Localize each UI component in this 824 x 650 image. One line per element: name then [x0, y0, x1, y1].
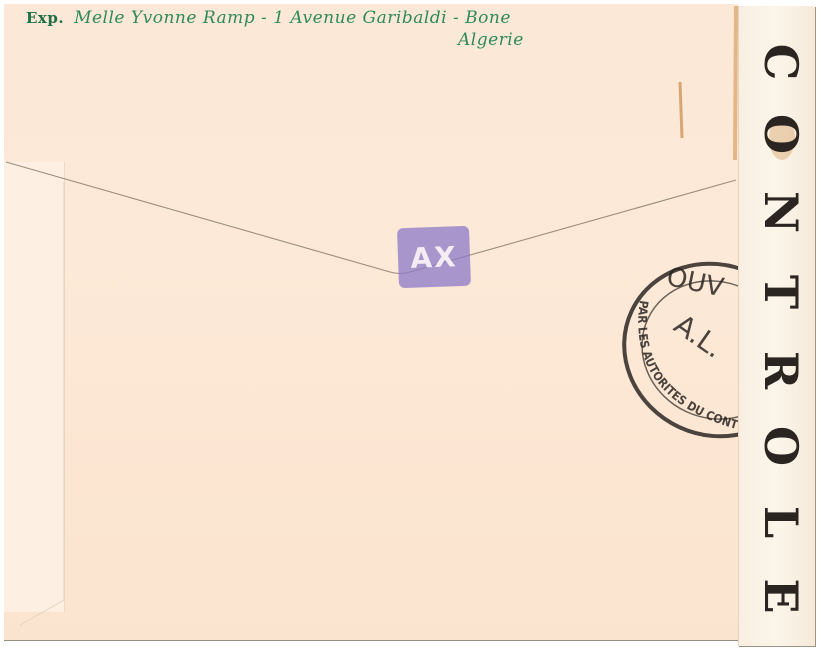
censor-letter: E [753, 568, 809, 624]
svg-text:OUV: OUV [664, 262, 726, 303]
censor-letter: T [753, 264, 809, 320]
censor-letter: O [753, 418, 809, 474]
censor-letter: N [753, 184, 809, 240]
censor-letter: C [753, 34, 809, 90]
censor-letter: O [753, 106, 809, 162]
censor-letter: R [753, 342, 809, 398]
censor-strip-text: CONTROLE [739, 6, 815, 646]
censor-letter: L [753, 494, 809, 550]
censor-oval-stamp: OUV A.L. PAR LES AUTORITES DU CONTROLE [0, 0, 824, 650]
censor-strip: CONTROLE [738, 6, 815, 646]
svg-text:A.L.: A.L. [668, 308, 730, 365]
